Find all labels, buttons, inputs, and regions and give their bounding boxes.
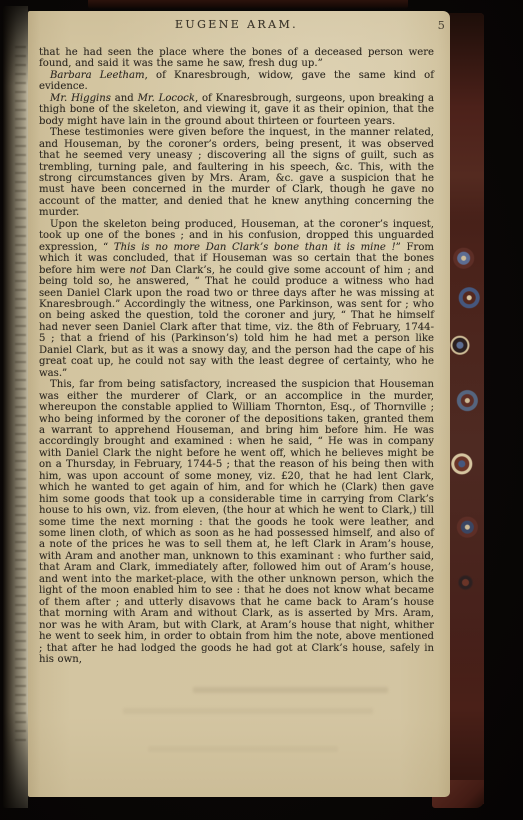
book-cover-edge-bottom [447,629,484,804]
facing-page-edge [3,6,28,808]
page-number: 5 [438,18,445,32]
body-paragraph: These testimonies were given before the … [39,127,434,219]
show-through-text [123,708,373,714]
show-through-text [193,687,388,693]
marbled-board-edge [447,13,484,804]
body-paragraph: This, far from being satisfactory, incre… [39,379,434,665]
book-cover-edge-top [447,13,484,223]
body-paragraph: Mr. Higgins and Mr. Locock, of Knaresbro… [39,93,434,127]
running-header: EUGENE ARAM. 5 [39,18,434,32]
book-page: EUGENE ARAM. 5 that he had seen the plac… [28,11,450,797]
page-text: that he had seen the place where the bon… [39,47,434,665]
book-cover-top-edge [88,0,408,9]
body-paragraph: that he had seen the place where the bon… [39,47,434,70]
show-through-text [148,746,338,752]
body-paragraph: Barbara Leetham, of Knaresbrough, widow,… [39,70,434,93]
running-header-title: EUGENE ARAM. [39,18,434,31]
body-paragraph: Upon the skeleton being produced, Housem… [39,219,434,379]
book-photo: EUGENE ARAM. 5 that he had seen the plac… [0,0,523,820]
